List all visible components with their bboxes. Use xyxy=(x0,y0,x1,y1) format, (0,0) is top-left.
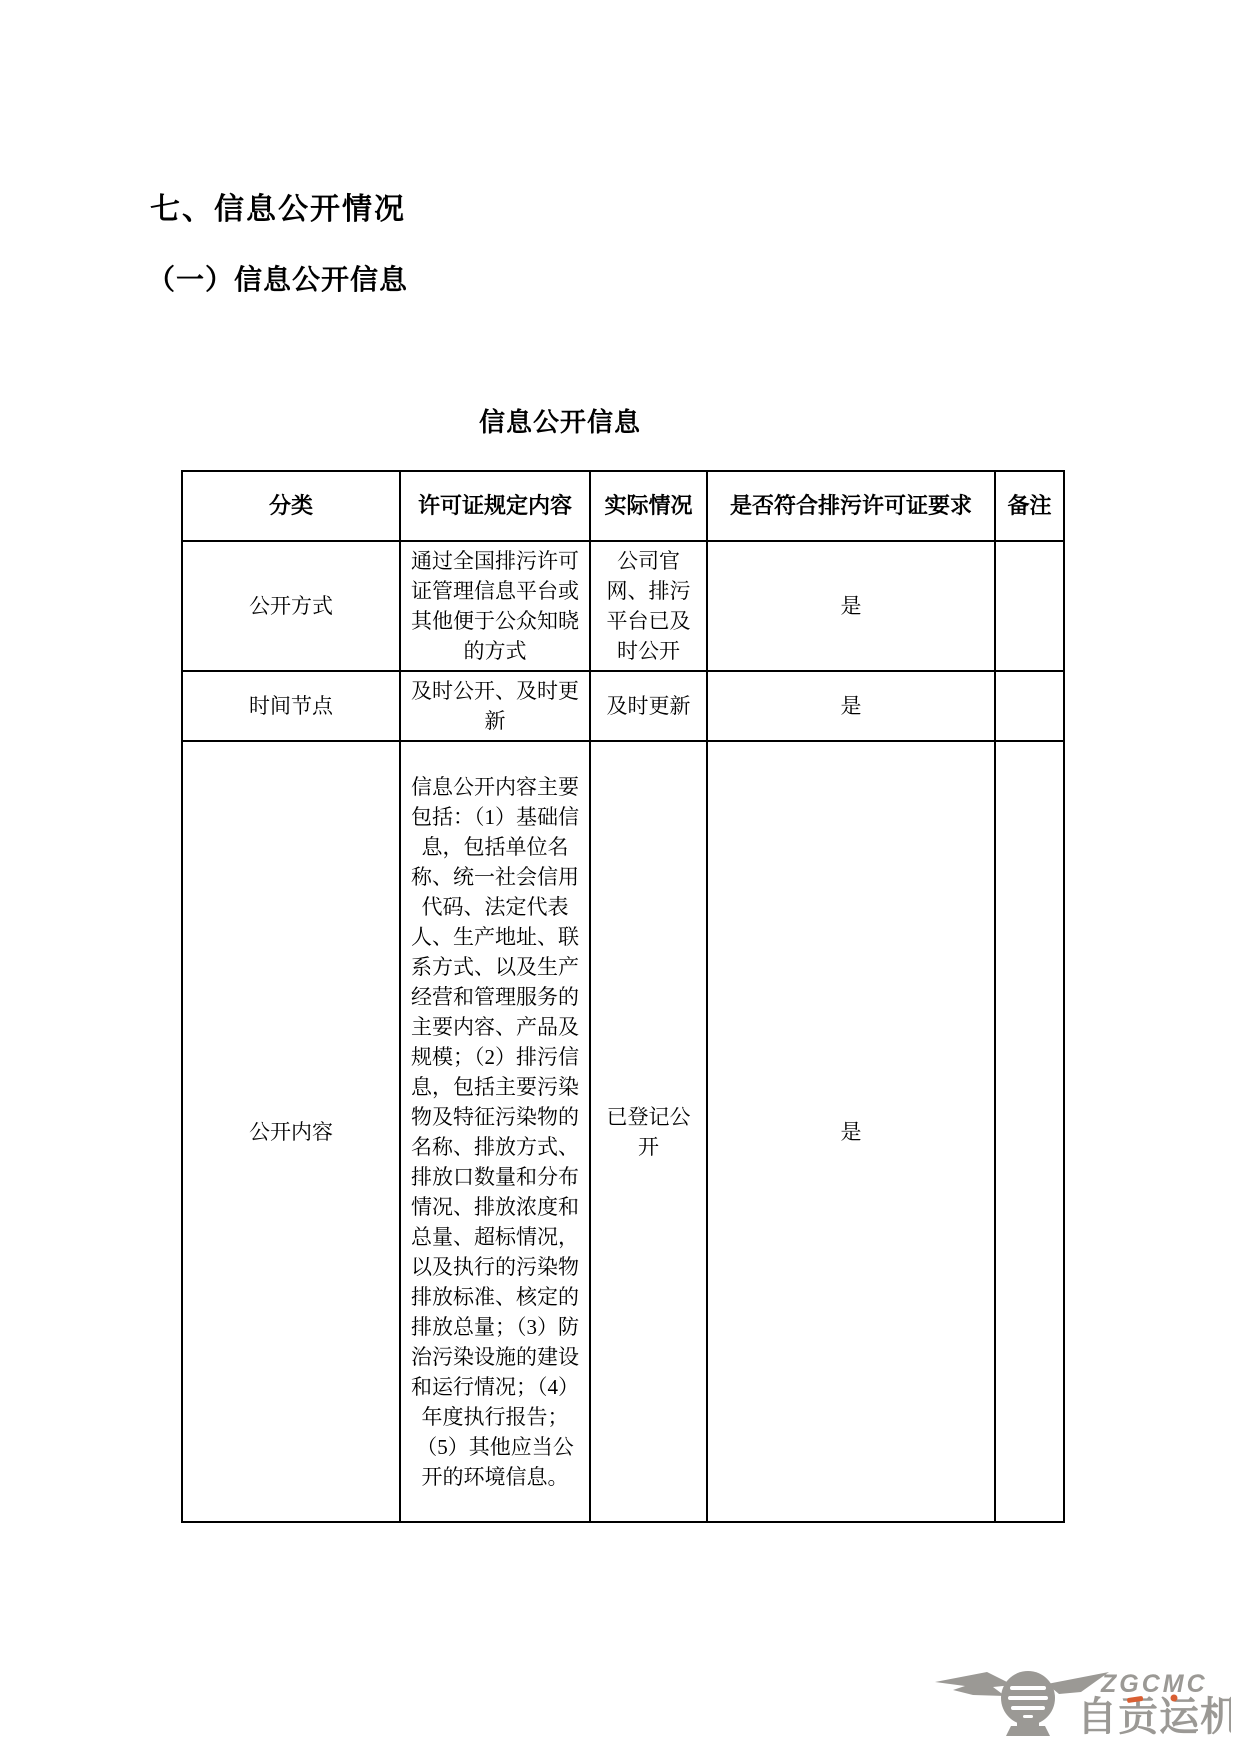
cell-license-content: 信息公开内容主要包括：（1）基础信息，包括单位名称、统一社会信用代码、法定代表人… xyxy=(400,741,590,1522)
table-row-time-node: 时间节点 及时公开、及时更新 及时更新 是 xyxy=(182,671,1064,741)
table-header-row: 分类 许可证规定内容 实际情况 是否符合排污许可证要求 备注 xyxy=(182,471,1064,541)
cell-license-content: 通过全国排污许可证管理信息平台或其他便于公众知晓的方式 xyxy=(400,541,590,671)
header-cell-category: 分类 xyxy=(182,471,400,541)
cell-remark xyxy=(995,541,1064,671)
header-cell-actual: 实际情况 xyxy=(590,471,707,541)
logo-company-name: 自贡运机 xyxy=(1077,1695,1231,1739)
table-title: 信息公开信息 xyxy=(140,402,980,439)
cell-remark xyxy=(995,741,1064,1522)
disclosure-table: 分类 许可证规定内容 实际情况 是否符合排污许可证要求 备注 公开方式 通过全国… xyxy=(181,470,1065,1523)
cell-actual: 及时更新 xyxy=(590,671,707,741)
cell-category: 公开内容 xyxy=(182,741,400,1522)
document-page: 七、信息公开情况 （一）信息公开信息 信息公开信息 分类 许可证规定内容 实际情… xyxy=(0,0,1241,1754)
cell-compliant: 是 xyxy=(707,541,995,671)
cell-remark xyxy=(995,671,1064,741)
header-cell-compliant: 是否符合排污许可证要求 xyxy=(707,471,995,541)
table-row-disclosure-content: 公开内容 信息公开内容主要包括：（1）基础信息，包括单位名称、统一社会信用代码、… xyxy=(182,741,1064,1522)
cell-category: 公开方式 xyxy=(182,541,400,671)
cell-category: 时间节点 xyxy=(182,671,400,741)
subsection-heading: （一）信息公开信息 xyxy=(147,263,408,297)
header-cell-remark: 备注 xyxy=(995,471,1064,541)
company-logo: ZGCMC 自贡运机 xyxy=(931,1660,1231,1742)
cell-actual: 已登记公开 xyxy=(590,741,707,1522)
cell-license-content: 及时公开、及时更新 xyxy=(400,671,590,741)
section-heading: 七、信息公开情况 xyxy=(150,192,406,228)
header-cell-license: 许可证规定内容 xyxy=(400,471,590,541)
table-row-disclosure-method: 公开方式 通过全国排污许可证管理信息平台或其他便于公众知晓的方式 公司官网、排污… xyxy=(182,541,1064,671)
logo-acronym: ZGCMC xyxy=(1100,1670,1208,1698)
cell-compliant: 是 xyxy=(707,671,995,741)
cell-actual: 公司官网、排污平台已及时公开 xyxy=(590,541,707,671)
cell-compliant: 是 xyxy=(707,741,995,1522)
